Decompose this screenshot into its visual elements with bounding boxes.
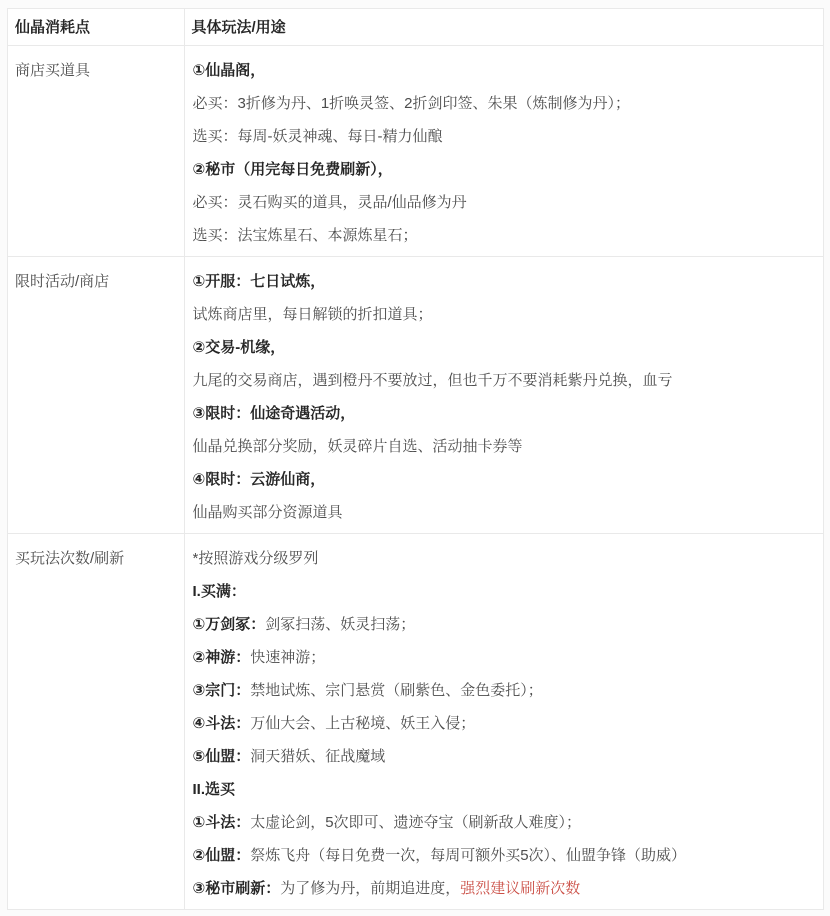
- bold-segment: I.买满：: [193, 583, 246, 600]
- bold-segment: II.选买: [193, 781, 236, 798]
- normal-segment: 选买：法宝炼星石、本源炼星石；: [193, 227, 418, 244]
- text-line: ②交易-机缘，: [193, 331, 816, 364]
- normal-segment: 剑冢扫荡、妖灵扫荡；: [265, 616, 415, 633]
- text-line: ①万剑冢：剑冢扫荡、妖灵扫荡；: [193, 608, 816, 641]
- table-row: 限时活动/商店①开服：七日试炼，试炼商店里，每日解锁的折扣道具；②交易-机缘，九…: [8, 256, 823, 533]
- bold-segment: ④斗法：: [193, 715, 251, 732]
- table-row: 商店买道具①仙晶阁，必买：3折修为丹、1折唤灵签、2折剑印签、朱果（炼制修为丹）…: [8, 45, 823, 256]
- text-line: ②秘市（用完每日免费刷新），: [193, 153, 816, 186]
- text-line: ②神游：快速神游；: [193, 641, 816, 674]
- bold-segment: ⑤仙盟：: [193, 748, 251, 765]
- text-line: 选买：法宝炼星石、本源炼星石；: [193, 219, 816, 252]
- guide-table-container: 仙晶消耗点 具体玩法/用途 商店买道具①仙晶阁，必买：3折修为丹、1折唤灵签、2…: [7, 8, 824, 910]
- row-label: 限时活动/商店: [8, 256, 184, 533]
- normal-segment: 禁地试炼、宗门悬赏（刷紫色、金色委托）；: [250, 682, 543, 699]
- text-line: ③宗门：禁地试炼、宗门悬赏（刷紫色、金色委托）；: [193, 674, 816, 707]
- bold-segment: ③限时：仙途奇遇活动，: [193, 405, 356, 422]
- bold-segment: ②秘市（用完每日免费刷新），: [193, 161, 393, 178]
- row-label-text: 买玩法次数/刷新: [15, 542, 176, 575]
- text-line: *按照游戏分级罗列: [193, 542, 816, 575]
- normal-segment: 九尾的交易商店，遇到橙丹不要放过，但也千万不要消耗紫丹兑换，血亏: [193, 372, 673, 389]
- bold-segment: ②交易-机缘，: [193, 339, 286, 356]
- normal-segment: 仙晶购买部分资源道具: [193, 504, 343, 521]
- bold-segment: ①开服：七日试炼，: [193, 273, 326, 290]
- bold-segment: ②仙盟：: [193, 847, 251, 864]
- row-content: *按照游戏分级罗列I.买满：①万剑冢：剑冢扫荡、妖灵扫荡；②神游：快速神游；③宗…: [184, 533, 823, 909]
- normal-segment: 选买：每周-妖灵神魂、每日-精力仙酿: [193, 128, 443, 145]
- bold-segment: ①万剑冢：: [193, 616, 266, 633]
- bold-segment: ②神游：: [193, 649, 251, 666]
- text-line: ①开服：七日试炼，: [193, 265, 816, 298]
- row-label: 买玩法次数/刷新: [8, 533, 184, 909]
- text-line: ③秘市刷新：为了修为丹，前期追进度，强烈建议刷新次数: [193, 872, 816, 905]
- text-line: II.选买: [193, 773, 816, 806]
- normal-segment: 试炼商店里，每日解锁的折扣道具；: [193, 306, 433, 323]
- text-line: 必买：3折修为丹、1折唤灵签、2折剑印签、朱果（炼制修为丹）；: [193, 87, 816, 120]
- text-line: I.买满：: [193, 575, 816, 608]
- text-line: ③限时：仙途奇遇活动，: [193, 397, 816, 430]
- text-line: 必买：灵石购买的道具，灵品/仙品修为丹: [193, 186, 816, 219]
- normal-segment: 仙晶兑换部分奖励，妖灵碎片自选、活动抽卡券等: [193, 438, 523, 455]
- normal-segment: 必买：灵石购买的道具，灵品/仙品修为丹: [193, 194, 467, 211]
- row-label: 商店买道具: [8, 45, 184, 256]
- text-line: ①仙晶阁，: [193, 54, 816, 87]
- text-line: 九尾的交易商店，遇到橙丹不要放过，但也千万不要消耗紫丹兑换，血亏: [193, 364, 816, 397]
- text-line: ④限时：云游仙商，: [193, 463, 816, 496]
- highlight-segment: 强烈建议刷新次数: [460, 880, 580, 897]
- bold-segment: ①斗法：: [193, 814, 251, 831]
- normal-segment: 为了修为丹，前期追进度，: [280, 880, 460, 897]
- bold-segment: ③秘市刷新：: [193, 880, 281, 897]
- normal-segment: 必买：3折修为丹、1折唤灵签、2折剑印签、朱果（炼制修为丹）；: [193, 95, 631, 112]
- normal-segment: *按照游戏分级罗列: [193, 550, 319, 567]
- text-line: 仙晶兑换部分奖励，妖灵碎片自选、活动抽卡券等: [193, 430, 816, 463]
- text-line: ②仙盟：祭炼飞舟（每日免费一次，每周可额外买5次）、仙盟争锋（助威）: [193, 839, 816, 872]
- table-row: 买玩法次数/刷新*按照游戏分级罗列I.买满：①万剑冢：剑冢扫荡、妖灵扫荡；②神游…: [8, 533, 823, 909]
- normal-segment: 快速神游；: [250, 649, 325, 666]
- normal-segment: 祭炼飞舟（每日免费一次，每周可额外买5次）、仙盟争锋（助威）: [250, 847, 686, 864]
- row-content: ①仙晶阁，必买：3折修为丹、1折唤灵签、2折剑印签、朱果（炼制修为丹）；选买：每…: [184, 45, 823, 256]
- row-label-text: 限时活动/商店: [15, 265, 176, 298]
- table-body: 商店买道具①仙晶阁，必买：3折修为丹、1折唤灵签、2折剑印签、朱果（炼制修为丹）…: [8, 45, 823, 909]
- row-content: ①开服：七日试炼，试炼商店里，每日解锁的折扣道具；②交易-机缘，九尾的交易商店，…: [184, 256, 823, 533]
- text-line: ⑤仙盟：洞天猎妖、征战魔域: [193, 740, 816, 773]
- bold-segment: ①仙晶阁，: [193, 62, 266, 79]
- text-line: ①斗法：太虚论剑，5次即可、遗迹夺宝（刷新敌人难度）；: [193, 806, 816, 839]
- normal-segment: 太虚论剑，5次即可、遗迹夺宝（刷新敌人难度）；: [250, 814, 581, 831]
- bold-segment: ③宗门：: [193, 682, 251, 699]
- column-header-consumption-point: 仙晶消耗点: [8, 9, 184, 45]
- text-line: ④斗法：万仙大会、上古秘境、妖王入侵；: [193, 707, 816, 740]
- column-header-usage: 具体玩法/用途: [184, 9, 823, 45]
- text-line: 选买：每周-妖灵神魂、每日-精力仙酿: [193, 120, 816, 153]
- text-line: 试炼商店里，每日解锁的折扣道具；: [193, 298, 816, 331]
- normal-segment: 万仙大会、上古秘境、妖王入侵；: [250, 715, 475, 732]
- crystal-consumption-table: 仙晶消耗点 具体玩法/用途 商店买道具①仙晶阁，必买：3折修为丹、1折唤灵签、2…: [8, 9, 823, 909]
- row-label-text: 商店买道具: [15, 54, 176, 87]
- normal-segment: 洞天猎妖、征战魔域: [250, 748, 385, 765]
- text-line: 仙晶购买部分资源道具: [193, 496, 816, 529]
- table-header-row: 仙晶消耗点 具体玩法/用途: [8, 9, 823, 45]
- bold-segment: ④限时：云游仙商，: [193, 471, 326, 488]
